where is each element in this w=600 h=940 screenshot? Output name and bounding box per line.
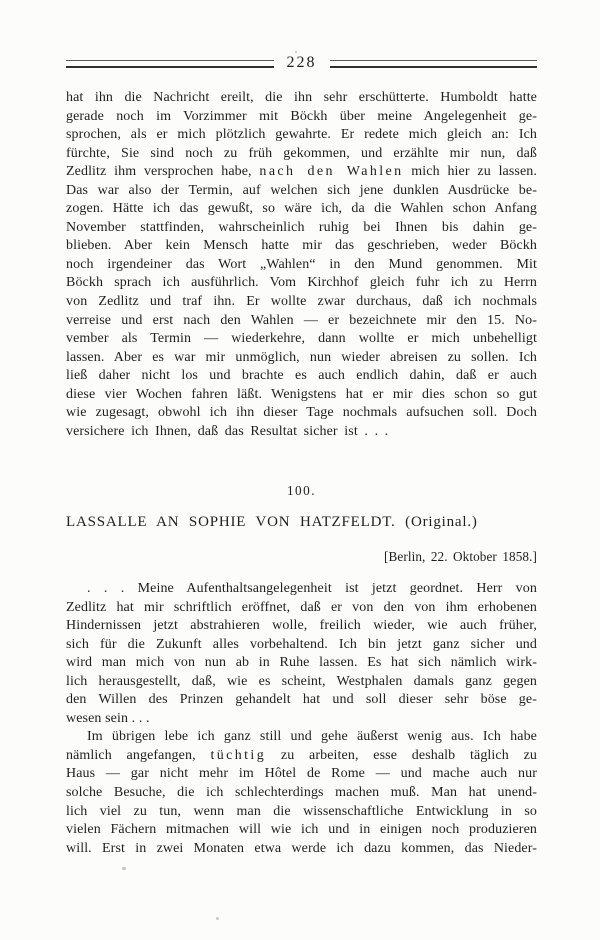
text-line: gerade noch im Vorzimmer mit Böckh über … bbox=[66, 108, 537, 127]
text-line: verreise und erst nach den Wahlen — er b… bbox=[66, 312, 537, 331]
letterspaced-phrase: nach den Wahlen bbox=[259, 164, 403, 179]
header-rule-right bbox=[330, 60, 538, 68]
scan-speck bbox=[122, 867, 126, 870]
text-line: noch irgendeiner das Wort „Wahlen“ in de… bbox=[66, 256, 537, 275]
letterspaced-phrase: tüchtig bbox=[210, 748, 266, 763]
text-line: den Willen des Prinzen gehandelt hat und… bbox=[66, 691, 537, 710]
text-line: hat ihn die Nachricht ereilt, die ihn se… bbox=[66, 89, 537, 108]
text-line: diese vier Wochen fahren läßt. Wenigsten… bbox=[66, 386, 537, 405]
paragraph-last-line: wesen sein . . . bbox=[66, 710, 537, 729]
text-line: vember als Termin — wiederkehre, dann wo… bbox=[66, 330, 537, 349]
letter-body: . . . Meine Aufenthaltsangelegenheit ist… bbox=[66, 580, 537, 858]
text-line: wird man mich von nun ab in Ruhe lassen.… bbox=[66, 654, 537, 673]
text-line: ließ daher nicht los und brachte es auch… bbox=[66, 367, 537, 386]
text-line: fürchte, Sie sind noch zu früh gekommen,… bbox=[66, 145, 537, 164]
page-number: 228 bbox=[274, 54, 330, 72]
section-number: 100. bbox=[66, 483, 537, 499]
text-line: sich für die Zukunft alles vorbehaltend.… bbox=[66, 636, 537, 655]
line-segment: zu arbeiten, esse deshalb täglich zu bbox=[266, 748, 537, 763]
paragraph-first-line: . . . Meine Aufenthaltsangelegenheit ist… bbox=[66, 580, 537, 599]
page-header: 228 bbox=[66, 55, 537, 73]
text-line: will. Erst in zwei Monaten etwa werde ic… bbox=[66, 840, 537, 859]
text-line: lich viel zu tun, wenn man die wissensch… bbox=[66, 803, 537, 822]
line-segment: Zedlitz ihm versprochen habe, bbox=[66, 164, 259, 179]
text-line: Das war also der Termin, auf welchen sic… bbox=[66, 182, 537, 201]
text-line: blieben. Aber kein Mensch hatte mir das … bbox=[66, 237, 537, 256]
text-line: November stattfinden, wahrscheinlich ruh… bbox=[66, 219, 537, 238]
text-line: Böckh sprach ich ausführlich. Vom Kirchh… bbox=[66, 274, 537, 293]
text-line: Haus — gar nicht mehr im Hôtel de Rome —… bbox=[66, 765, 537, 784]
text-line: lich herausgestellt, daß, wie es scheint… bbox=[66, 673, 537, 692]
continued-paragraph: hat ihn die Nachricht ereilt, die ihn se… bbox=[66, 89, 537, 441]
text-line: von Zedlitz und traf ihn. Er wollte zwar… bbox=[66, 293, 537, 312]
text-line: wie zugesagt, obwohl ich ihn dieser Tage… bbox=[66, 404, 537, 423]
paragraph-first-line: Im übrigen lebe ich ganz still und gehe … bbox=[66, 728, 537, 747]
text-line: lassen. Aber es war mir unmöglich, nun w… bbox=[66, 349, 537, 368]
letter-heading: LASSALLE AN SOPHIE VON HATZFELDT. (Origi… bbox=[66, 514, 537, 531]
header-rule-left bbox=[66, 60, 274, 68]
scan-speck bbox=[216, 917, 219, 920]
text-line: vielen Fächern mitmachen will wie ich un… bbox=[66, 821, 537, 840]
paragraph-last-line: versichere ich Ihnen, daß das Resultat s… bbox=[66, 423, 537, 442]
scan-speck bbox=[295, 51, 297, 53]
text-line: Zedlitz hat mir schriftlich eröffnet, da… bbox=[66, 599, 537, 618]
book-page: 228 hat ihn die Nachricht ereilt, die ih… bbox=[0, 0, 600, 940]
text-line-spaced-emphasis: nämlich angefangen, tüchtig zu arbeiten,… bbox=[66, 747, 537, 766]
text-line: zogen. Hätte ich das gewußt, so wäre ich… bbox=[66, 200, 537, 219]
text-line: Hindernissen jetzt abstrahieren wolle, f… bbox=[66, 617, 537, 636]
text-line: sprochen, als er mich plötzlich gewahrte… bbox=[66, 126, 537, 145]
line-segment: nämlich angefangen, bbox=[66, 748, 210, 763]
letter-dateline: [Berlin, 22. Oktober 1858.] bbox=[66, 549, 537, 565]
line-segment: mich hier zu lassen. bbox=[404, 164, 537, 179]
text-line-spaced-emphasis: Zedlitz ihm versprochen habe, nach den W… bbox=[66, 163, 537, 182]
text-line: solche Besuche, die ich schlechterdings … bbox=[66, 784, 537, 803]
